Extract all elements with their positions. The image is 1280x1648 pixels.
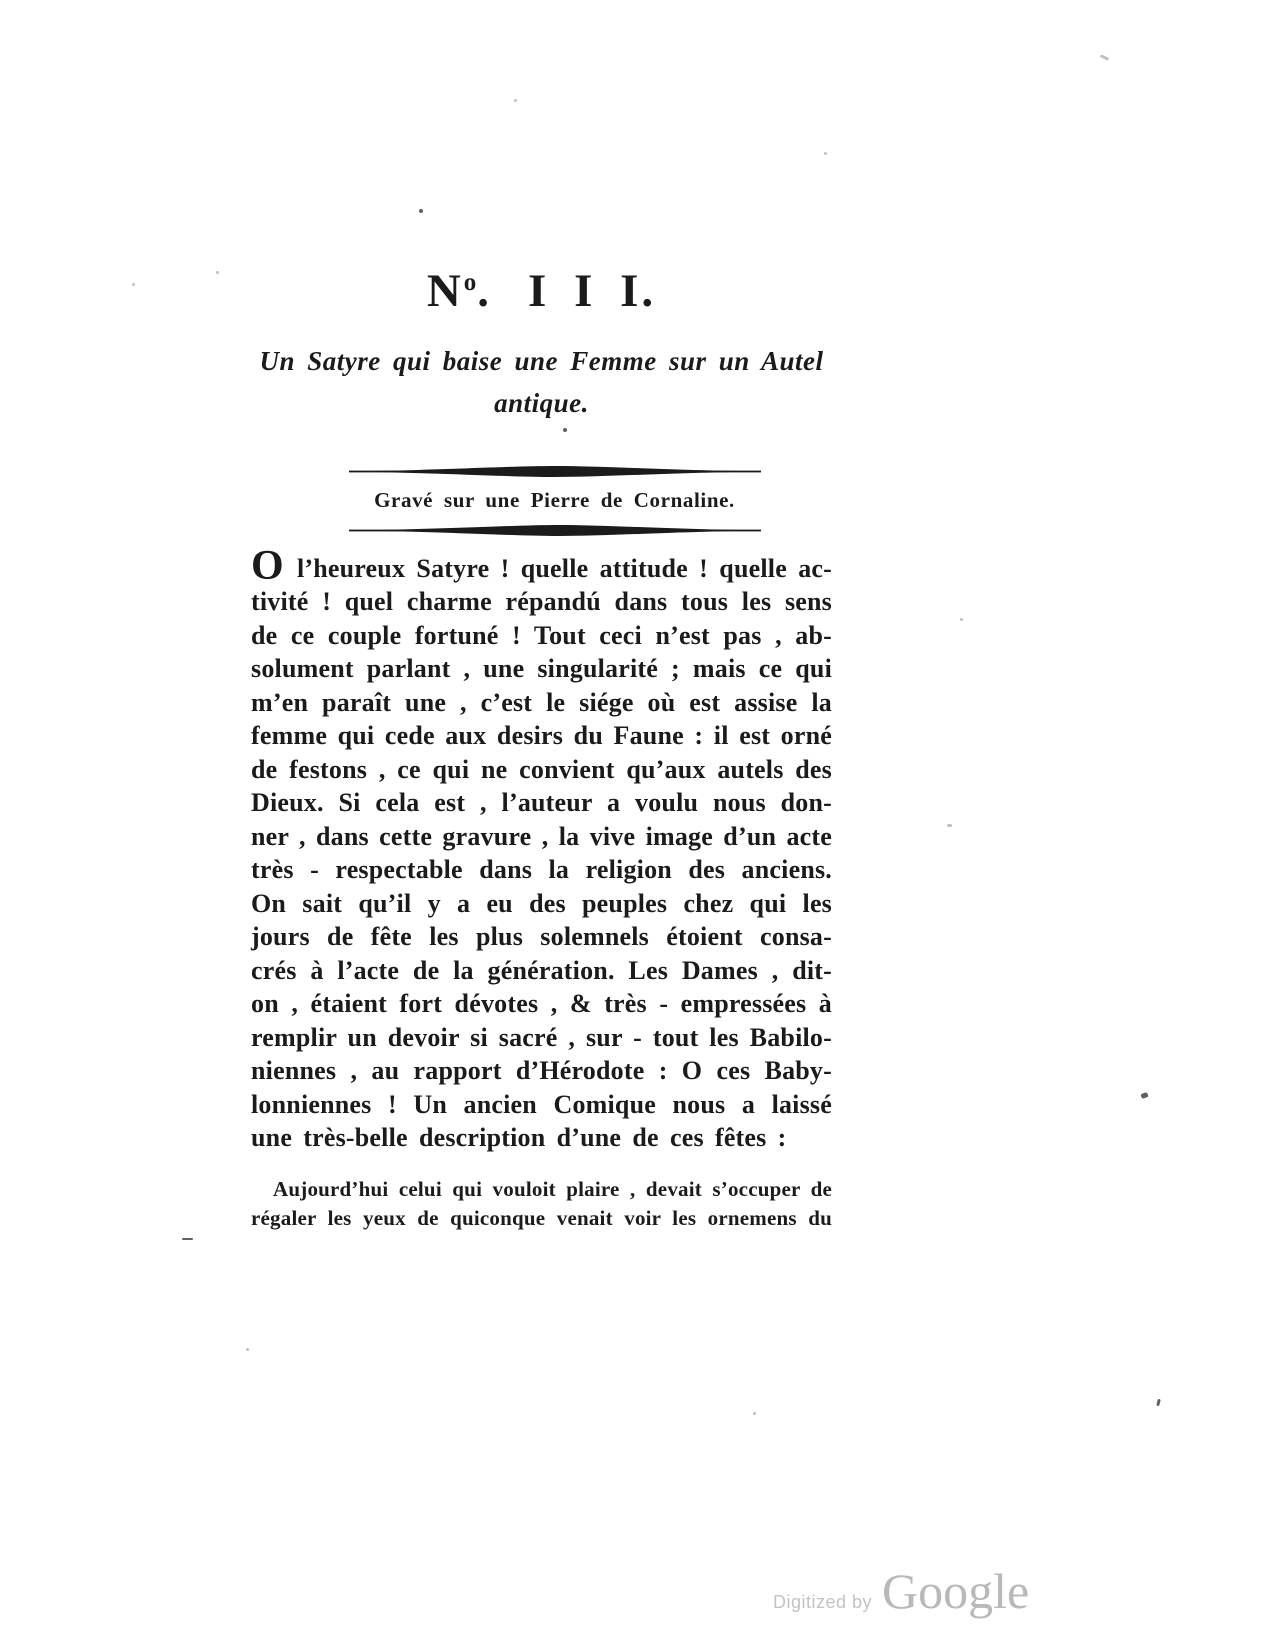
body-line: m’en paraît une , c’est le siége où est … [251, 686, 832, 720]
body-first-line: O l’heureux Satyre ! quelle attitude ! q… [251, 552, 832, 586]
body-line: ner , dans cette gravure , la vive image… [251, 820, 832, 854]
scan-speck [246, 1348, 249, 1351]
body-line: crés à l’acte de la génération. Les Dame… [251, 954, 832, 988]
body-line: lonniennes ! Un ancien Comique nous a la… [251, 1088, 832, 1122]
google-watermark: Digitized by Google [773, 1566, 1029, 1616]
body-first-line-text: l’heureux Satyre ! quelle attitude ! que… [297, 554, 832, 583]
quote-line: Aujourd’hui celui qui vouloit plaire , d… [251, 1175, 832, 1205]
section-heading: No.I I I. [251, 262, 832, 321]
body-line: On sait qu’il y a eu des peuples chez qu… [251, 887, 832, 921]
caption-block: Gravé sur une Pierre de Cornaline. [264, 465, 845, 537]
scan-speck [960, 618, 963, 621]
body-line: Dieux. Si cela est , l’auteur a voulu no… [251, 786, 832, 820]
body-line: solument parlant , une singularité ; mai… [251, 652, 832, 686]
scanned-book-page: No.I I I. Un Satyre qui baise une Femme … [0, 0, 1280, 1648]
swelled-rule-bottom [349, 524, 761, 537]
scan-speck [1100, 54, 1109, 60]
scan-speck [132, 283, 135, 286]
body-text: O l’heureux Satyre ! quelle attitude ! q… [251, 552, 832, 1155]
scan-speck [1140, 1092, 1148, 1099]
swelled-rule-shape [349, 465, 761, 478]
body-line: de festons , ce qui ne convient qu’aux a… [251, 753, 832, 787]
engraving-title: Un Satyre qui baise une Femme sur un Aut… [251, 340, 832, 424]
heading-letter: N [427, 265, 462, 317]
text-column: No.I I I. Un Satyre qui baise une Femme … [251, 0, 832, 1234]
scan-speck [563, 428, 567, 432]
body-line: on , étaient fort dévotes , & très - emp… [251, 987, 832, 1021]
body-line: une très-belle description d’une de ces … [251, 1121, 832, 1155]
initial-letter: O [251, 543, 286, 589]
swelled-rule-top [349, 465, 761, 478]
scan-speck [947, 824, 952, 827]
body-line: de ce couple fortuné ! Tout ceci n’est p… [251, 619, 832, 653]
body-line: femme qui cede aux desirs du Faune : il … [251, 719, 832, 753]
scan-speck [216, 271, 219, 274]
scan-speck [753, 1412, 756, 1415]
quoted-passage: Aujourd’hui celui qui vouloit plaire , d… [251, 1175, 832, 1234]
heading-numeral: I I I. [528, 265, 656, 317]
body-lines: tivité ! quel charme répandú dans tous l… [251, 585, 832, 1155]
body-line: tivité ! quel charme répandú dans tous l… [251, 585, 832, 619]
scan-speck [514, 99, 517, 102]
scan-speck [182, 1238, 193, 1240]
digitized-by-label: Digitized by [773, 1592, 872, 1613]
engraving-title-line1: Un Satyre qui baise une Femme sur un Aut… [251, 340, 832, 382]
scan-speck [1156, 1399, 1161, 1407]
swelled-rule-shape [349, 524, 761, 537]
scan-speck [824, 152, 827, 155]
engraving-title-line2: antique. [251, 382, 832, 424]
body-line: niennes , au rapport d’Hérodote : O ces … [251, 1054, 832, 1088]
google-logo: Google [882, 1566, 1029, 1616]
scan-speck [419, 209, 423, 213]
heading-ordinal: o [464, 269, 478, 296]
engraving-caption: Gravé sur une Pierre de Cornaline. [264, 487, 845, 513]
body-line: très - respectable dans la religion des … [251, 853, 832, 887]
heading-dot: . [477, 265, 490, 317]
quote-line: régaler les yeux de quiconque venait voi… [251, 1204, 832, 1234]
body-line: remplir un devoir si sacré , sur - tout … [251, 1021, 832, 1055]
body-line: jours de fête les plus solemnels étoient… [251, 920, 832, 954]
